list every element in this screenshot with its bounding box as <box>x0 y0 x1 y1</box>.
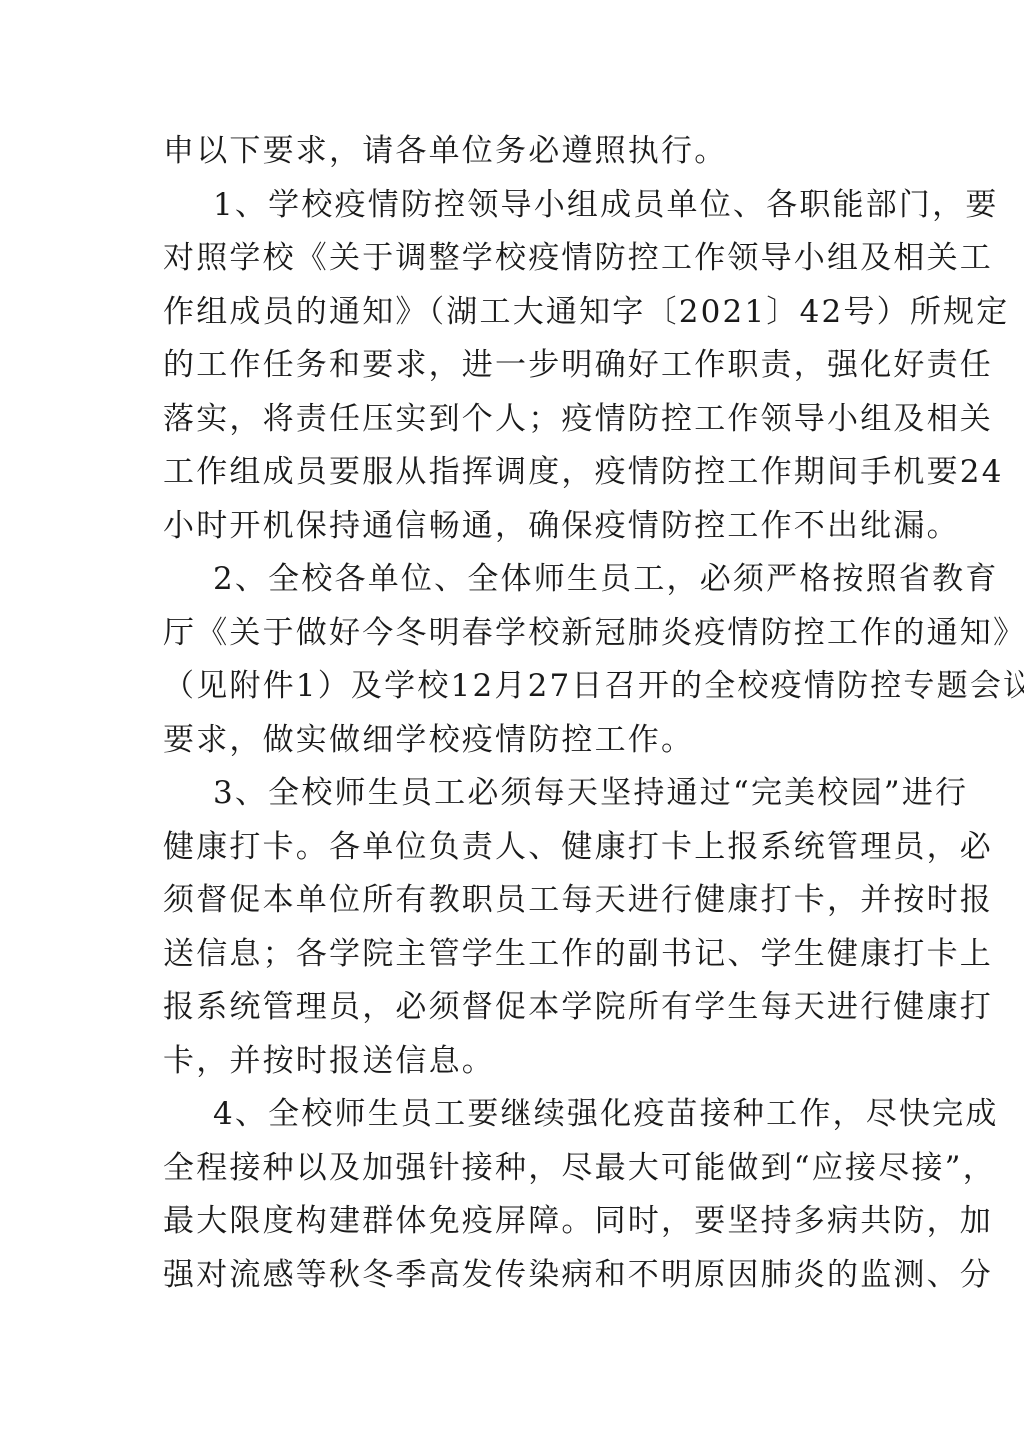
paragraph-item-4-line: 4、全校师生员工要继续强化疫苗接种工作，尽快完成 <box>163 1088 875 1142</box>
paragraph-item-1-line: 工作组成员要服从指挥调度，疫情防控工作期间手机要24 <box>163 446 875 500</box>
paragraph-item-3-line: 报系统管理员，必须督促本学院所有学生每天进行健康打 <box>163 981 875 1035</box>
paragraph-item-3-line: 送信息；各学院主管学生工作的副书记、学生健康打卡上 <box>163 928 875 982</box>
paragraph-item-3-line: 健康打卡。各单位负责人、健康打卡上报系统管理员，必 <box>163 821 875 875</box>
document-body: 申以下要求，请各单位务必遵照执行。 1、学校疫情防控领导小组成员单位、各职能部门… <box>163 125 875 1302</box>
paragraph-item-1-line: 的工作任务和要求，进一步明确好工作职责，强化好责任 <box>163 339 875 393</box>
paragraph-item-1-line: 1、学校疫情防控领导小组成员单位、各职能部门，要 <box>163 179 875 233</box>
paragraph-item-2-line: 要求，做实做细学校疫情防控工作。 <box>163 714 875 768</box>
document-page: 申以下要求，请各单位务必遵照执行。 1、学校疫情防控领导小组成员单位、各职能部门… <box>0 0 1024 1447</box>
paragraph-item-4-line: 全程接种以及加强针接种，尽最大可能做到“应接尽接”， <box>163 1142 875 1196</box>
paragraph-item-4-line: 强对流感等秋冬季高发传染病和不明原因肺炎的监测、分 <box>163 1249 875 1303</box>
paragraph-item-3-line: 须督促本单位所有教职员工每天进行健康打卡，并按时报 <box>163 874 875 928</box>
paragraph-item-2-line: 厅《关于做好今冬明春学校新冠肺炎疫情防控工作的通知》 <box>163 607 875 661</box>
paragraph-item-1-line: 作组成员的通知》（湖工大通知字〔2021〕42号）所规定 <box>163 286 875 340</box>
paragraph-item-1-line: 小时开机保持通信畅通，确保疫情防控工作不出纰漏。 <box>163 500 875 554</box>
paragraph-intro-line: 申以下要求，请各单位务必遵照执行。 <box>163 125 875 179</box>
paragraph-item-1-line: 对照学校《关于调整学校疫情防控工作领导小组及相关工 <box>163 232 875 286</box>
paragraph-item-1-line: 落实，将责任压实到个人；疫情防控工作领导小组及相关 <box>163 393 875 447</box>
paragraph-item-4-line: 最大限度构建群体免疫屏障。同时，要坚持多病共防，加 <box>163 1195 875 1249</box>
paragraph-item-2-line: 2、全校各单位、全体师生员工，必须严格按照省教育 <box>163 553 875 607</box>
paragraph-item-3-line: 3、全校师生员工必须每天坚持通过“完美校园”进行 <box>163 767 875 821</box>
paragraph-item-3-line: 卡，并按时报送信息。 <box>163 1035 875 1089</box>
paragraph-item-2-line: （见附件1）及学校12月27日召开的全校疫情防控专题会议 <box>163 660 875 714</box>
